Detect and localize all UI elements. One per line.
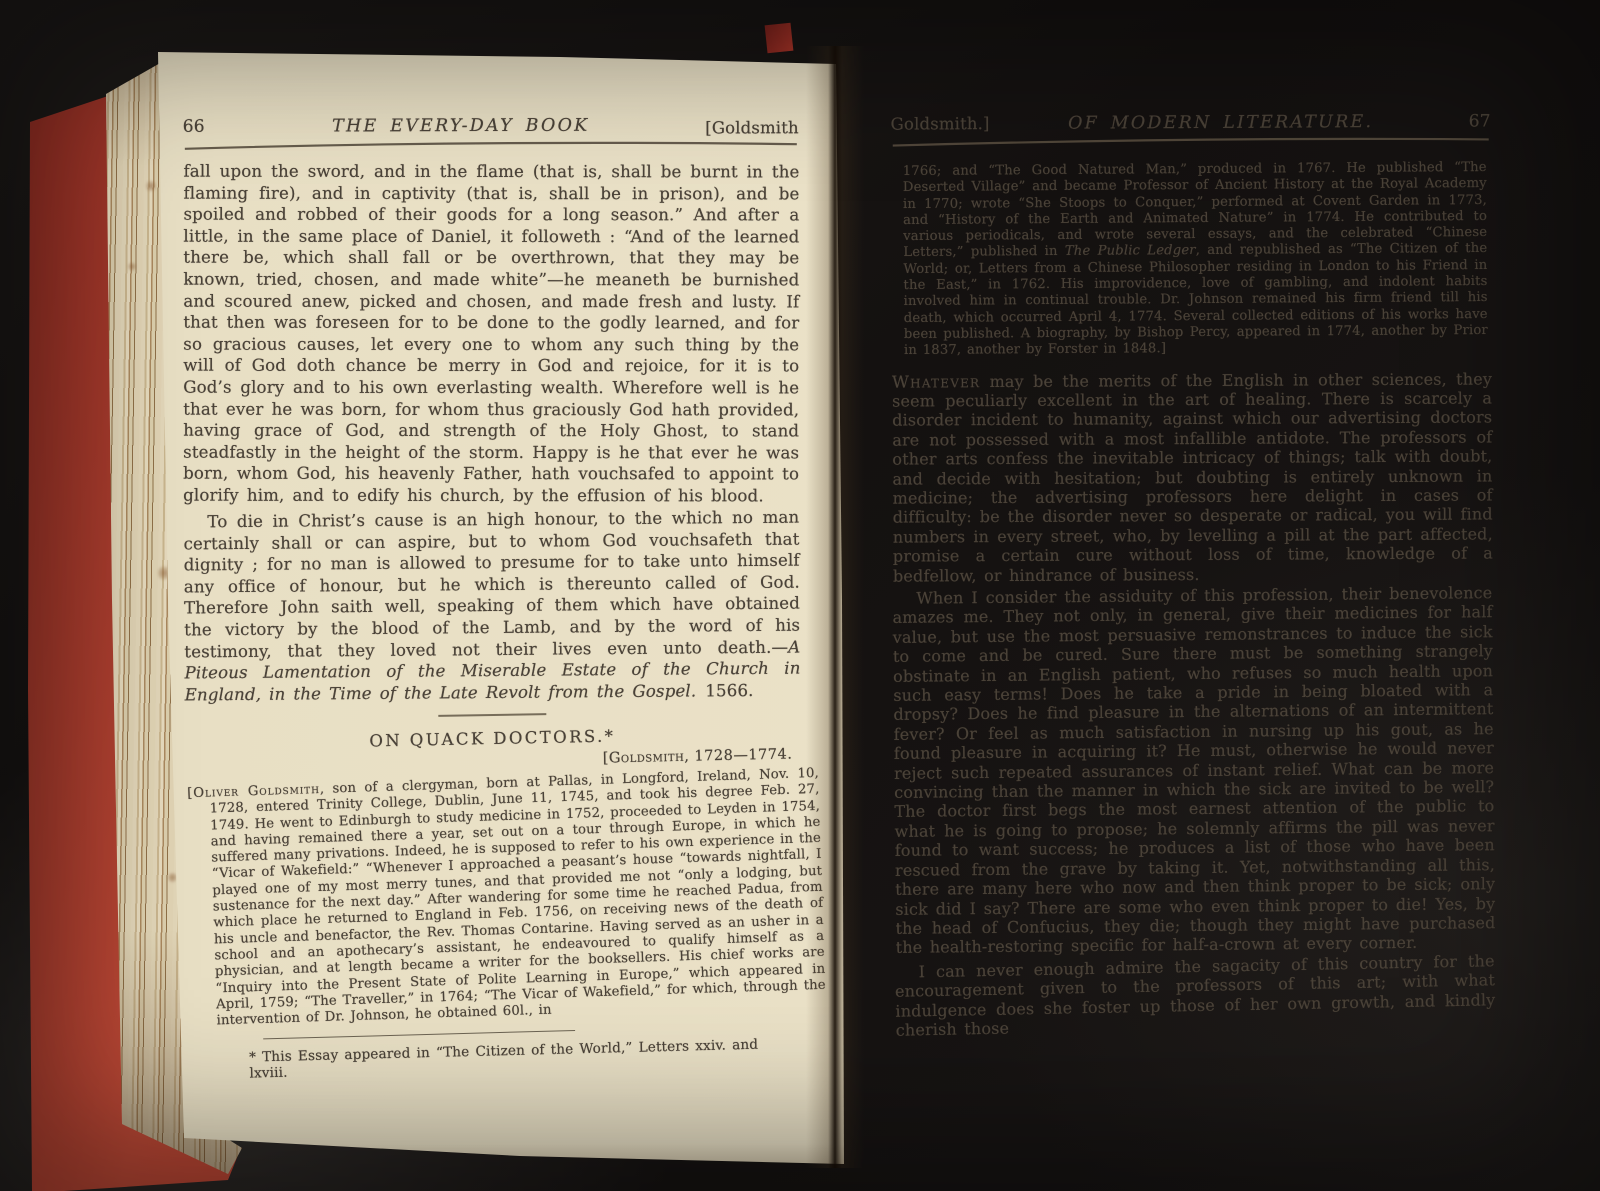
footnote-rule bbox=[263, 1030, 575, 1039]
left-paragraph-2-text: To die in Christ’s cause is an high hono… bbox=[183, 507, 800, 660]
right-paragraph-1: Whatever may be the merits of the Englis… bbox=[892, 369, 1493, 586]
foxing-spot bbox=[168, 872, 177, 883]
citation-year: 1566. bbox=[705, 680, 753, 699]
left-page-header: 66 THE EVERY-DAY BOOK [Goldsmith bbox=[183, 115, 799, 137]
right-page-number: 67 bbox=[1421, 111, 1491, 131]
left-page-text-column: 66 THE EVERY-DAY BOOK [Goldsmith fall up… bbox=[183, 115, 802, 1076]
author-biography: [Oliver Goldsmith, son of a clergyman, b… bbox=[187, 766, 827, 1031]
left-paragraph-1: fall upon the sword, and in the flame (t… bbox=[183, 161, 799, 507]
right-page-header: Goldsmith.] OF MODERN LITERATURE. 67 bbox=[891, 111, 1491, 134]
footnote: * This Essay appeared in “The Citizen of… bbox=[249, 1037, 774, 1082]
paragraph-lead-smallcaps: Whatever bbox=[892, 372, 980, 391]
author-biography-text: , son of a clergyman, born at Pallas, in… bbox=[210, 766, 826, 1029]
right-paragraph-1-text: may be the merits of the English in othe… bbox=[892, 369, 1493, 585]
left-header-attribution: [Goldsmith bbox=[669, 118, 799, 137]
biography-continuation: 1766; and “The Good Natured Man,” produc… bbox=[903, 160, 1488, 360]
right-header-rule bbox=[891, 134, 1491, 148]
foxing-spot bbox=[146, 180, 156, 192]
publication-name-italic: The Public Ledger bbox=[1065, 243, 1196, 259]
right-paragraph-3: I can never enough admire the sagacity o… bbox=[895, 951, 1496, 1040]
left-header-rule bbox=[183, 138, 799, 151]
right-running-title: OF MODERN LITERATURE. bbox=[1021, 112, 1421, 134]
section-divider-rule bbox=[438, 713, 546, 717]
book-photograph: 66 THE EVERY-DAY BOOK [Goldsmith fall up… bbox=[0, 0, 1600, 1191]
left-page-number: 66 bbox=[183, 117, 253, 137]
right-paragraph-2: When I consider the assiduity of this pr… bbox=[892, 583, 1496, 957]
right-page-text-column: Goldsmith.] OF MODERN LITERATURE. 67 176… bbox=[891, 111, 1496, 1036]
gutter-shadow bbox=[806, 46, 864, 1168]
left-paragraph-2: To die in Christ’s cause is an high hono… bbox=[183, 506, 801, 705]
foxing-spot bbox=[128, 262, 136, 271]
left-running-title: THE EVERY-DAY BOOK bbox=[253, 116, 669, 137]
spine-cloth-peek bbox=[765, 23, 794, 54]
right-header-attribution: Goldsmith.] bbox=[891, 114, 1021, 134]
